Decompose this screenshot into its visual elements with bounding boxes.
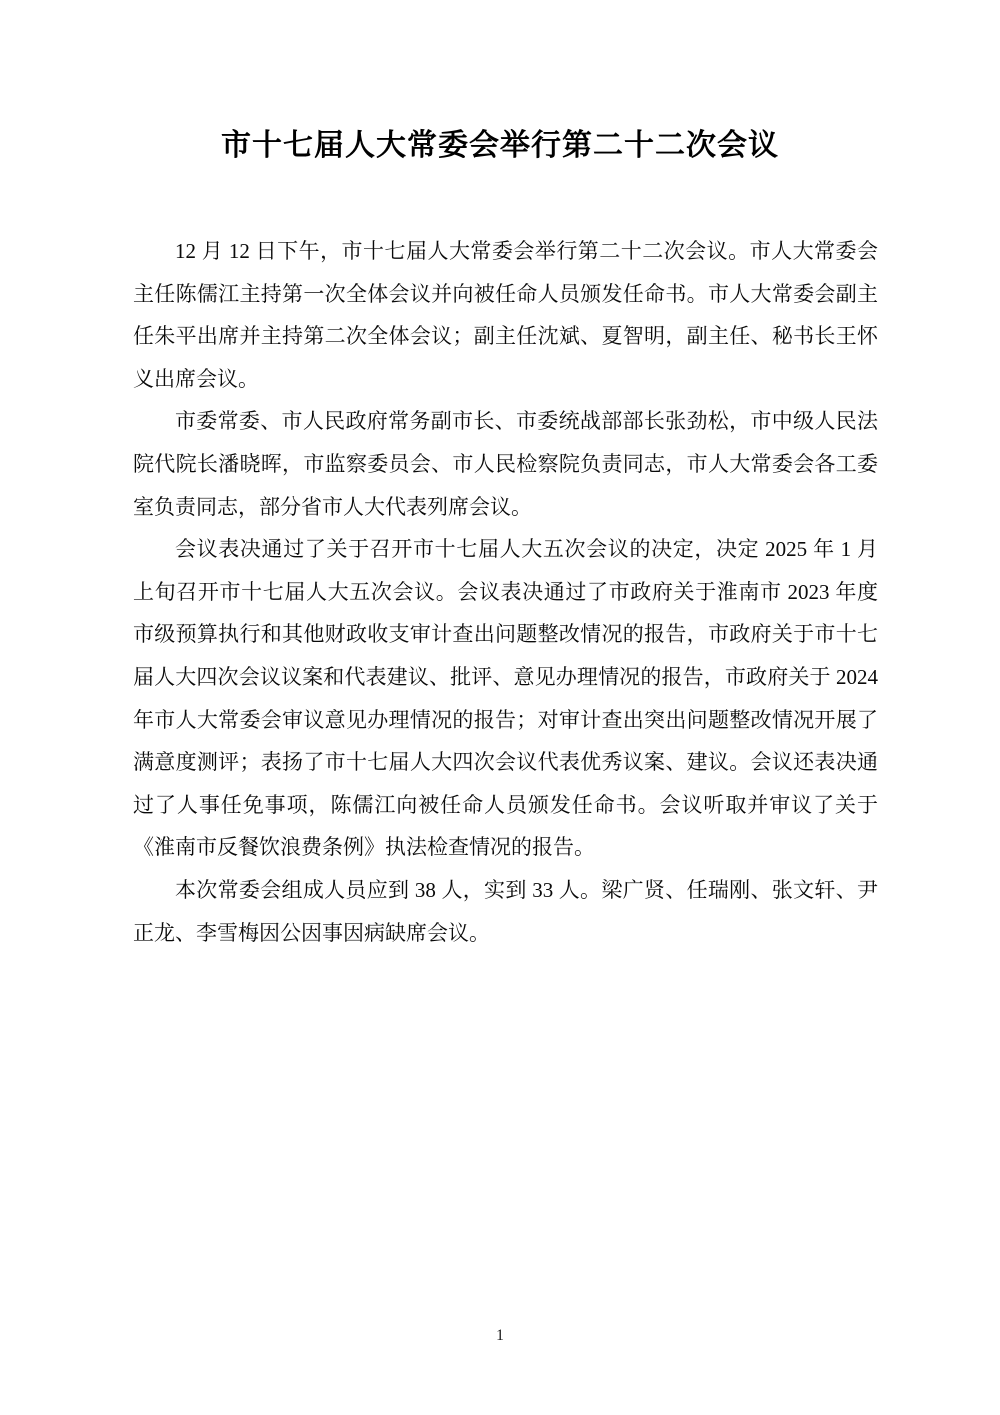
document-page: 市十七届人大常委会举行第二十二次会议 12 月 12 日下午，市十七届人大常委会… — [0, 0, 1000, 1415]
page-number: 1 — [0, 1327, 1000, 1345]
body-paragraph: 市委常委、市人民政府常务副市长、市委统战部部长张劲松，市中级人民法院代院长潘晓晖… — [133, 400, 878, 528]
body-paragraph: 本次常委会组成人员应到 38 人，实到 33 人。梁广贤、任瑞刚、张文轩、尹正龙… — [133, 869, 878, 954]
document-title: 市十七届人大常委会举行第二十二次会议 — [0, 0, 1000, 166]
body-paragraph: 会议表决通过了关于召开市十七届人大五次会议的决定，决定 2025 年 1 月上旬… — [133, 528, 878, 869]
body-paragraph: 12 月 12 日下午，市十七届人大常委会举行第二十二次会议。市人大常委会主任陈… — [133, 230, 878, 400]
document-body: 12 月 12 日下午，市十七届人大常委会举行第二十二次会议。市人大常委会主任陈… — [133, 230, 878, 954]
